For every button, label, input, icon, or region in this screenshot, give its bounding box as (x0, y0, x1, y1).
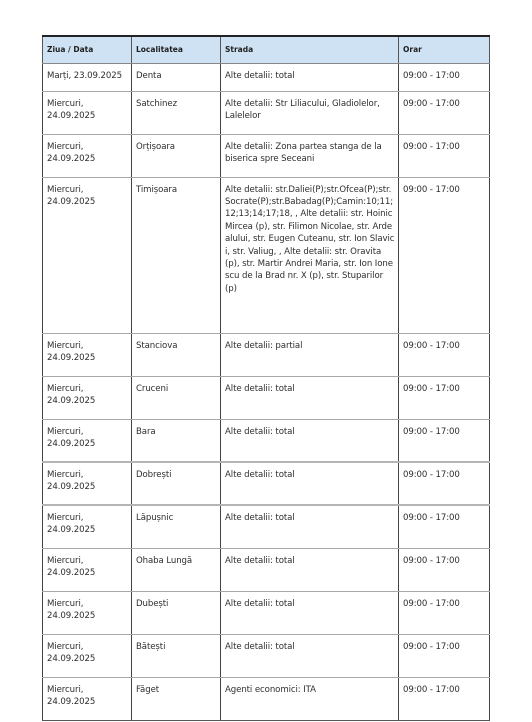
column-header-schedule: Orar (399, 36, 490, 63)
cell-date: Miercuri, 24.09.2025 (43, 505, 132, 548)
table-row: Miercuri, 24.09.2025BaraAlte detalii: to… (43, 419, 490, 462)
cell-date: Marți, 23.09.2025 (43, 63, 132, 91)
table-row: Miercuri, 24.09.2025LăpușnicAlte detalii… (43, 505, 490, 548)
cell-street: Alte detalii: total (221, 63, 399, 91)
table-row: Marți, 23.09.2025DentaAlte detalii: tota… (43, 63, 490, 91)
column-header-locality: Localitatea (132, 36, 221, 63)
cell-schedule: 09:00 - 17:00 (399, 333, 490, 376)
table-row: Miercuri, 24.09.2025FăgetAgenti economic… (43, 677, 490, 720)
cell-locality: Timișoara (132, 177, 221, 333)
table-body: Marți, 23.09.2025DentaAlte detalii: tota… (43, 63, 490, 720)
cell-locality: Dobrești (132, 462, 221, 505)
cell-date: Miercuri, 24.09.2025 (43, 376, 132, 419)
table-row: Miercuri, 24.09.2025SatchinezAlte detali… (43, 91, 490, 134)
table-row: Miercuri, 24.09.2025TimișoaraAlte detali… (43, 177, 490, 333)
cell-schedule: 09:00 - 17:00 (399, 91, 490, 134)
cell-locality: Stanciova (132, 333, 221, 376)
cell-date: Miercuri, 24.09.2025 (43, 591, 132, 634)
cell-locality: Ohaba Lungă (132, 548, 221, 591)
table-row: Miercuri, 24.09.2025BăteștiAlte detalii:… (43, 634, 490, 677)
outage-schedule-table: Ziua / Data Localitatea Strada Orar Marț… (42, 35, 490, 721)
table-header: Ziua / Data Localitatea Strada Orar (43, 36, 490, 63)
table-row: Miercuri, 24.09.2025CruceniAlte detalii:… (43, 376, 490, 419)
cell-locality: Denta (132, 63, 221, 91)
cell-locality: Făget (132, 677, 221, 720)
cell-schedule: 09:00 - 17:00 (399, 591, 490, 634)
cell-street: Alte detalii: total (221, 591, 399, 634)
cell-street: Agenti economici: ITA (221, 677, 399, 720)
table-header-row: Ziua / Data Localitatea Strada Orar (43, 36, 490, 63)
cell-street: Alte detalii: partial (221, 333, 399, 376)
column-header-date: Ziua / Data (43, 36, 132, 63)
cell-schedule: 09:00 - 17:00 (399, 677, 490, 720)
cell-schedule: 09:00 - 17:00 (399, 419, 490, 462)
column-header-street: Strada (221, 36, 399, 63)
cell-street: Alte detalii: total (221, 462, 399, 505)
cell-date: Miercuri, 24.09.2025 (43, 634, 132, 677)
cell-schedule: 09:00 - 17:00 (399, 634, 490, 677)
cell-street: Alte detalii: Zona partea stanga de la b… (221, 134, 399, 177)
outage-schedule-table-container: Ziua / Data Localitatea Strada Orar Marț… (42, 35, 489, 721)
cell-street: Alte detalii: total (221, 376, 399, 419)
cell-street: Alte detalii: total (221, 548, 399, 591)
cell-date: Miercuri, 24.09.2025 (43, 134, 132, 177)
cell-schedule: 09:00 - 17:00 (399, 63, 490, 91)
cell-street: Alte detalii: total (221, 505, 399, 548)
table-row: Miercuri, 24.09.2025OrțișoaraAlte detali… (43, 134, 490, 177)
cell-street: Alte detalii: total (221, 419, 399, 462)
cell-schedule: 09:00 - 17:00 (399, 177, 490, 333)
cell-locality: Satchinez (132, 91, 221, 134)
cell-date: Miercuri, 24.09.2025 (43, 91, 132, 134)
cell-schedule: 09:00 - 17:00 (399, 548, 490, 591)
cell-locality: Orțișoara (132, 134, 221, 177)
cell-schedule: 09:00 - 17:00 (399, 505, 490, 548)
table-row: Miercuri, 24.09.2025DubeștiAlte detalii:… (43, 591, 490, 634)
cell-locality: Lăpușnic (132, 505, 221, 548)
cell-schedule: 09:00 - 17:00 (399, 376, 490, 419)
cell-street: Alte detalii: str.Daliei(P);str.Ofcea(P)… (221, 177, 399, 333)
table-row: Miercuri, 24.09.2025StanciovaAlte detali… (43, 333, 490, 376)
cell-date: Miercuri, 24.09.2025 (43, 462, 132, 505)
cell-street: Alte detalii: Str Liliacului, Gladiolelo… (221, 91, 399, 134)
cell-date: Miercuri, 24.09.2025 (43, 419, 132, 462)
cell-street: Alte detalii: total (221, 634, 399, 677)
cell-date: Miercuri, 24.09.2025 (43, 177, 132, 333)
cell-date: Miercuri, 24.09.2025 (43, 333, 132, 376)
cell-locality: Bătești (132, 634, 221, 677)
cell-locality: Bara (132, 419, 221, 462)
table-row: Miercuri, 24.09.2025DobreștiAlte detalii… (43, 462, 490, 505)
cell-date: Miercuri, 24.09.2025 (43, 548, 132, 591)
cell-schedule: 09:00 - 17:00 (399, 462, 490, 505)
cell-locality: Dubești (132, 591, 221, 634)
table-row: Miercuri, 24.09.2025Ohaba LungăAlte deta… (43, 548, 490, 591)
cell-schedule: 09:00 - 17:00 (399, 134, 490, 177)
cell-locality: Cruceni (132, 376, 221, 419)
cell-date: Miercuri, 24.09.2025 (43, 677, 132, 720)
